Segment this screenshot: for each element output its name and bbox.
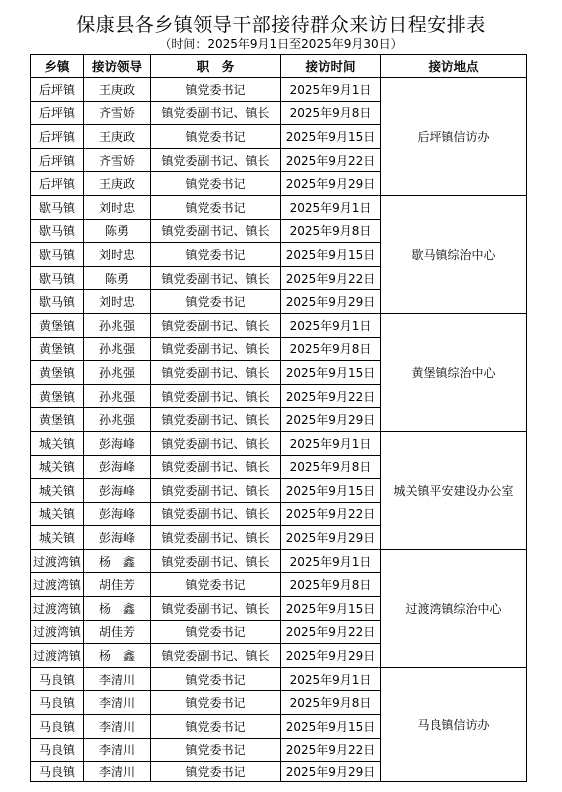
cell-position: 镇党委副书记、镇长 bbox=[151, 408, 281, 432]
cell-date: 2025年9月1日 bbox=[281, 195, 381, 219]
cell-leader: 彭海峰 bbox=[84, 526, 151, 550]
cell-date: 2025年9月15日 bbox=[281, 479, 381, 503]
cell-town: 后坪镇 bbox=[31, 125, 84, 149]
cell-date: 2025年9月15日 bbox=[281, 361, 381, 385]
cell-position: 镇党委书记 bbox=[151, 195, 281, 219]
cell-position: 镇党委书记 bbox=[151, 738, 281, 762]
cell-town: 黄堡镇 bbox=[31, 408, 84, 432]
cell-position: 镇党委书记 bbox=[151, 620, 281, 644]
cell-town: 后坪镇 bbox=[31, 172, 84, 196]
cell-leader: 孙兆强 bbox=[84, 384, 151, 408]
cell-leader: 孙兆强 bbox=[84, 408, 151, 432]
cell-date: 2025年9月8日 bbox=[281, 101, 381, 125]
cell-position: 镇党委书记 bbox=[151, 290, 281, 314]
cell-position: 镇党委书记 bbox=[151, 667, 281, 691]
cell-leader: 杨 鑫 bbox=[84, 597, 151, 621]
cell-town: 城关镇 bbox=[31, 455, 84, 479]
cell-town: 歇马镇 bbox=[31, 266, 84, 290]
cell-date: 2025年9月1日 bbox=[281, 667, 381, 691]
cell-leader: 李清川 bbox=[84, 715, 151, 739]
cell-town: 歇马镇 bbox=[31, 290, 84, 314]
header-town: 乡镇 bbox=[31, 55, 84, 78]
cell-town: 黄堡镇 bbox=[31, 337, 84, 361]
cell-town: 城关镇 bbox=[31, 431, 84, 455]
cell-leader: 王庚政 bbox=[84, 78, 151, 102]
document-title: 保康县各乡镇领导干部接待群众来访日程安排表 bbox=[0, 13, 562, 37]
header-row: 乡镇 接访领导 职 务 接访时间 接访地点 bbox=[31, 55, 527, 78]
header-location: 接访地点 bbox=[381, 55, 527, 78]
cell-town: 马良镇 bbox=[31, 738, 84, 762]
cell-leader: 李清川 bbox=[84, 667, 151, 691]
header-position: 职 务 bbox=[151, 55, 281, 78]
cell-position: 镇党委书记 bbox=[151, 715, 281, 739]
cell-location: 后坪镇信访办 bbox=[381, 78, 527, 196]
cell-leader: 李清川 bbox=[84, 691, 151, 715]
cell-position: 镇党委副书记、镇长 bbox=[151, 101, 281, 125]
cell-date: 2025年9月22日 bbox=[281, 502, 381, 526]
cell-town: 马良镇 bbox=[31, 762, 84, 782]
cell-leader: 齐雪娇 bbox=[84, 101, 151, 125]
cell-position: 镇党委副书记、镇长 bbox=[151, 148, 281, 172]
cell-position: 镇党委副书记、镇长 bbox=[151, 337, 281, 361]
cell-position: 镇党委书记 bbox=[151, 762, 281, 782]
header-date: 接访时间 bbox=[281, 55, 381, 78]
cell-leader: 齐雪娇 bbox=[84, 148, 151, 172]
header-leader: 接访领导 bbox=[84, 55, 151, 78]
table-row: 马良镇李清川镇党委书记2025年9月1日马良镇信访办 bbox=[31, 667, 527, 691]
cell-date: 2025年9月29日 bbox=[281, 762, 381, 782]
cell-leader: 刘时忠 bbox=[84, 290, 151, 314]
cell-leader: 孙兆强 bbox=[84, 361, 151, 385]
cell-location: 城关镇平安建设办公室 bbox=[381, 431, 527, 549]
cell-date: 2025年9月15日 bbox=[281, 125, 381, 149]
cell-location: 歇马镇综治中心 bbox=[381, 195, 527, 313]
cell-position: 镇党委副书记、镇长 bbox=[151, 313, 281, 337]
cell-position: 镇党委副书记、镇长 bbox=[151, 479, 281, 503]
cell-town: 过渡湾镇 bbox=[31, 644, 84, 668]
cell-town: 马良镇 bbox=[31, 691, 84, 715]
cell-town: 黄堡镇 bbox=[31, 313, 84, 337]
cell-date: 2025年9月1日 bbox=[281, 431, 381, 455]
cell-date: 2025年9月1日 bbox=[281, 313, 381, 337]
cell-position: 镇党委书记 bbox=[151, 573, 281, 597]
cell-position: 镇党委副书记、镇长 bbox=[151, 431, 281, 455]
cell-town: 城关镇 bbox=[31, 502, 84, 526]
cell-leader: 陈勇 bbox=[84, 266, 151, 290]
table-row: 过渡湾镇杨 鑫镇党委副书记、镇长2025年9月1日过渡湾镇综治中心 bbox=[31, 549, 527, 573]
table-row: 歇马镇刘时忠镇党委书记2025年9月1日歇马镇综治中心 bbox=[31, 195, 527, 219]
cell-leader: 孙兆强 bbox=[84, 337, 151, 361]
cell-town: 黄堡镇 bbox=[31, 361, 84, 385]
cell-town: 城关镇 bbox=[31, 479, 84, 503]
cell-position: 镇党委副书记、镇长 bbox=[151, 361, 281, 385]
cell-leader: 彭海峰 bbox=[84, 431, 151, 455]
cell-town: 歇马镇 bbox=[31, 243, 84, 267]
cell-position: 镇党委副书记、镇长 bbox=[151, 644, 281, 668]
cell-date: 2025年9月15日 bbox=[281, 597, 381, 621]
cell-date: 2025年9月29日 bbox=[281, 644, 381, 668]
cell-leader: 胡佳芳 bbox=[84, 573, 151, 597]
schedule-body: 后坪镇王庚政镇党委书记2025年9月1日后坪镇信访办后坪镇齐雪娇镇党委副书记、镇… bbox=[31, 78, 527, 782]
cell-leader: 杨 鑫 bbox=[84, 549, 151, 573]
cell-leader: 胡佳芳 bbox=[84, 620, 151, 644]
cell-position: 镇党委副书记、镇长 bbox=[151, 384, 281, 408]
cell-position: 镇党委副书记、镇长 bbox=[151, 597, 281, 621]
cell-date: 2025年9月29日 bbox=[281, 290, 381, 314]
cell-town: 歇马镇 bbox=[31, 219, 84, 243]
cell-date: 2025年9月29日 bbox=[281, 172, 381, 196]
cell-date: 2025年9月22日 bbox=[281, 738, 381, 762]
cell-position: 镇党委副书记、镇长 bbox=[151, 526, 281, 550]
cell-date: 2025年9月29日 bbox=[281, 408, 381, 432]
cell-location: 黄堡镇综治中心 bbox=[381, 313, 527, 431]
cell-location: 马良镇信访办 bbox=[381, 667, 527, 781]
cell-position: 镇党委书记 bbox=[151, 691, 281, 715]
table-row: 城关镇彭海峰镇党委副书记、镇长2025年9月1日城关镇平安建设办公室 bbox=[31, 431, 527, 455]
cell-date: 2025年9月8日 bbox=[281, 219, 381, 243]
cell-town: 过渡湾镇 bbox=[31, 597, 84, 621]
cell-town: 黄堡镇 bbox=[31, 384, 84, 408]
cell-leader: 李清川 bbox=[84, 762, 151, 782]
cell-town: 后坪镇 bbox=[31, 101, 84, 125]
cell-town: 过渡湾镇 bbox=[31, 573, 84, 597]
cell-town: 过渡湾镇 bbox=[31, 549, 84, 573]
cell-position: 镇党委书记 bbox=[151, 78, 281, 102]
cell-leader: 彭海峰 bbox=[84, 455, 151, 479]
cell-town: 马良镇 bbox=[31, 667, 84, 691]
cell-leader: 刘时忠 bbox=[84, 195, 151, 219]
cell-date: 2025年9月8日 bbox=[281, 691, 381, 715]
cell-date: 2025年9月29日 bbox=[281, 526, 381, 550]
cell-town: 后坪镇 bbox=[31, 148, 84, 172]
cell-leader: 王庚政 bbox=[84, 172, 151, 196]
cell-date: 2025年9月1日 bbox=[281, 549, 381, 573]
cell-date: 2025年9月8日 bbox=[281, 337, 381, 361]
cell-date: 2025年9月15日 bbox=[281, 715, 381, 739]
cell-position: 镇党委副书记、镇长 bbox=[151, 219, 281, 243]
cell-position: 镇党委副书记、镇长 bbox=[151, 502, 281, 526]
cell-date: 2025年9月1日 bbox=[281, 78, 381, 102]
cell-town: 歇马镇 bbox=[31, 195, 84, 219]
cell-town: 城关镇 bbox=[31, 526, 84, 550]
cell-leader: 杨 鑫 bbox=[84, 644, 151, 668]
cell-date: 2025年9月22日 bbox=[281, 148, 381, 172]
cell-date: 2025年9月15日 bbox=[281, 243, 381, 267]
cell-town: 后坪镇 bbox=[31, 78, 84, 102]
cell-position: 镇党委书记 bbox=[151, 172, 281, 196]
cell-date: 2025年9月8日 bbox=[281, 455, 381, 479]
cell-leader: 王庚政 bbox=[84, 125, 151, 149]
cell-leader: 李清川 bbox=[84, 738, 151, 762]
cell-leader: 陈勇 bbox=[84, 219, 151, 243]
cell-leader: 刘时忠 bbox=[84, 243, 151, 267]
cell-location: 过渡湾镇综治中心 bbox=[381, 549, 527, 667]
cell-position: 镇党委书记 bbox=[151, 243, 281, 267]
cell-date: 2025年9月8日 bbox=[281, 573, 381, 597]
cell-date: 2025年9月22日 bbox=[281, 266, 381, 290]
document-subtitle: （时间：2025年9月1日至2025年9月30日） bbox=[0, 37, 562, 52]
table-row: 后坪镇王庚政镇党委书记2025年9月1日后坪镇信访办 bbox=[31, 78, 527, 102]
cell-position: 镇党委副书记、镇长 bbox=[151, 266, 281, 290]
cell-position: 镇党委书记 bbox=[151, 125, 281, 149]
cell-position: 镇党委副书记、镇长 bbox=[151, 455, 281, 479]
cell-date: 2025年9月22日 bbox=[281, 384, 381, 408]
cell-leader: 彭海峰 bbox=[84, 479, 151, 503]
cell-town: 马良镇 bbox=[31, 715, 84, 739]
schedule-table: 乡镇 接访领导 职 务 接访时间 接访地点 后坪镇王庚政镇党委书记2025年9月… bbox=[30, 54, 527, 782]
cell-leader: 孙兆强 bbox=[84, 313, 151, 337]
cell-position: 镇党委副书记、镇长 bbox=[151, 549, 281, 573]
cell-date: 2025年9月22日 bbox=[281, 620, 381, 644]
cell-leader: 彭海峰 bbox=[84, 502, 151, 526]
cell-town: 过渡湾镇 bbox=[31, 620, 84, 644]
table-row: 黄堡镇孙兆强镇党委副书记、镇长2025年9月1日黄堡镇综治中心 bbox=[31, 313, 527, 337]
